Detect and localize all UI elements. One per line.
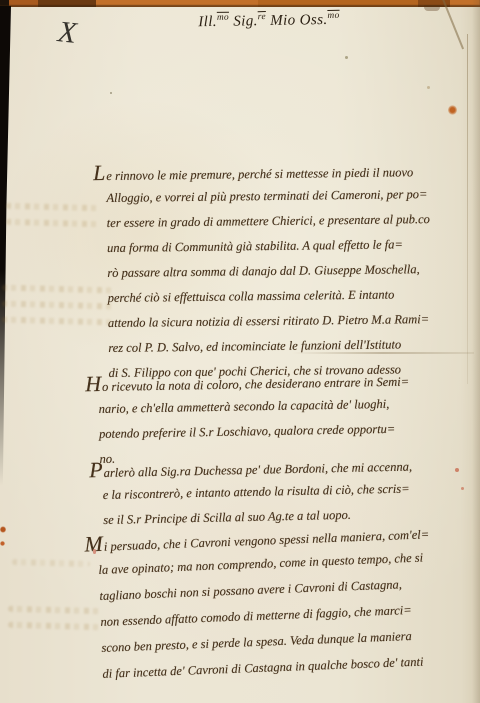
paper-speck: [427, 86, 430, 89]
foxing-spot: [0, 526, 6, 533]
manuscript-page-photo: X Ill.mo Sig.re Mio Oss.mo Le rinnovo le…: [0, 0, 480, 703]
paragraph: Mi persuado, che i Cavroni vengono spess…: [97, 517, 471, 687]
ink-bleedthrough: [8, 597, 103, 639]
foxing-spot: [461, 487, 464, 490]
ink-bleedthrough: [2, 276, 114, 334]
manuscript-line: ter essere in grado di ammettere Chieric…: [107, 207, 475, 236]
ink-bleedthrough: [12, 550, 90, 576]
paper-speck: [110, 92, 112, 94]
paragraph: Le rinnovo le mie premure, perché si met…: [106, 157, 477, 386]
manuscript-line: attendo la sicura notizia di essersi rit…: [108, 306, 476, 335]
ink-bleedthrough: [6, 194, 98, 236]
foxing-spot: [448, 105, 457, 115]
foxing-spot: [93, 549, 96, 554]
paper-speck: [345, 56, 348, 59]
foxing-spot: [455, 468, 459, 472]
foxing-spot: [0, 541, 5, 546]
